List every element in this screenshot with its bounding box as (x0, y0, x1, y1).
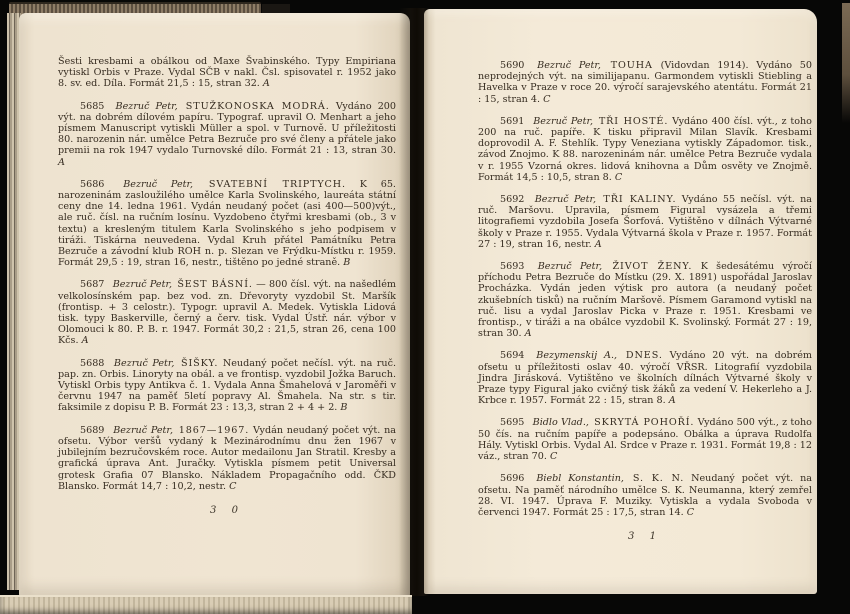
entry-author: Bezruč Petr, (113, 425, 175, 436)
entry-title: ŠIŠKY. (181, 358, 218, 369)
right-page-number: 3 1 (478, 531, 812, 542)
entry-author: Bezruč Petr, (533, 116, 595, 127)
entry-author: Bezruč Petr, (113, 279, 174, 290)
entry-title: TŘI KALINY. (603, 194, 676, 205)
entry-grade: A (595, 239, 602, 250)
entry-title: 1867—1967. (179, 425, 249, 436)
catalog-entry-5694: 5694 Bezymenskij A., DNES. Vydáno 20 výt… (478, 350, 812, 406)
entry-title: ŠEST BÁSNÍ. (177, 279, 253, 290)
entry-num: 5686 (80, 179, 109, 190)
left-page-entries: Šesti kresbami a obálkou od Maxe Švabins… (58, 56, 396, 492)
entry-num: 5691 (500, 116, 529, 127)
entry-num: 5689 (80, 425, 109, 436)
left-page-number: 3 0 (58, 505, 396, 516)
entry-title: DNES. (626, 350, 663, 361)
entry-author: Biebl Konstantin, (536, 473, 626, 484)
entry-author: Bezruč Petr, (114, 358, 177, 369)
left-page-text-column: Šesti kresbami a obálkou od Maxe Švabins… (58, 56, 396, 516)
catalog-entry-5691: 5691 Bezruč Petr, TŘI HOSTÉ. Vydáno 400 … (478, 116, 812, 183)
entry-title: SVATEBNÍ TRIPTYCH. (209, 179, 346, 190)
entry-author: Bezymenskij A., (536, 350, 619, 361)
catalog-entry-5695: 5695 Bidlo Vlad., SKRYTÁ POHOŘÍ. Vydáno … (478, 417, 812, 462)
entry-grade: A (263, 78, 270, 89)
entry-author: Bezruč Petr, (538, 261, 604, 272)
entry-grade: B (343, 257, 350, 268)
book-cover-bottom-cloth-edge (0, 595, 412, 614)
entry-author: Bidlo Vlad., (533, 417, 591, 428)
entry-grade: A (525, 328, 532, 339)
entry-num: 5695 (500, 417, 529, 428)
entry-grade: C (550, 451, 557, 462)
catalog-entry-continuation: Šesti kresbami a obálkou od Maxe Švabins… (58, 56, 396, 90)
catalog-entry-5687: 5687 Bezruč Petr, ŠEST BÁSNÍ. — 800 čísl… (58, 279, 396, 346)
entry-author: Bezruč Petr, (123, 179, 195, 190)
entry-title: ŽIVOT ŽENY. (612, 261, 692, 272)
entry-num: 5694 (500, 350, 529, 361)
left-page: Šesti kresbami a obálkou od Maxe Švabins… (19, 13, 410, 596)
entry-title: TOUHA (611, 60, 653, 71)
catalog-entry-5693: 5693 Bezruč Petr, ŽIVOT ŽENY. K šedesáté… (478, 261, 812, 339)
catalog-entry-5692: 5692 Bezruč Petr, TŘI KALINY. Vydáno 55 … (478, 194, 812, 250)
catalog-entry-5688: 5688 Bezruč Petr, ŠIŠKY. Neudaný počet n… (58, 358, 396, 414)
entry-num: 5692 (500, 194, 529, 205)
entry-grade: A (58, 157, 65, 168)
catalog-entry-5690: 5690 Bezruč Petr, TOUHA (Vidovdan 1914).… (478, 60, 812, 105)
entry-num: 5690 (500, 60, 529, 71)
right-page: 5690 Bezruč Petr, TOUHA (Vidovdan 1914).… (424, 9, 817, 594)
book-cover-right-edge (842, 3, 850, 123)
entry-body: K 65. narozeninám zasloužilého umělce Ka… (58, 179, 396, 268)
entry-grade: C (615, 172, 622, 183)
entry-title: SKRYTÁ POHOŘÍ. (594, 417, 694, 428)
entry-grade: B (340, 402, 347, 413)
entry-grade: A (82, 335, 89, 346)
entry-author: Bezruč Petr, (116, 101, 180, 112)
entry-author: Bezruč Petr, (535, 194, 598, 205)
entry-body: Šesti kresbami a obálkou od Maxe Švabins… (58, 56, 396, 89)
entry-author: Bezruč Petr, (537, 60, 603, 71)
entry-grade: C (543, 94, 550, 105)
entry-title: S. K. N. (633, 473, 684, 484)
entry-num: 5696 (500, 473, 529, 484)
right-page-entries: 5690 Bezruč Petr, TOUHA (Vidovdan 1914).… (478, 60, 812, 518)
entry-num: 5687 (80, 279, 109, 290)
catalog-entry-5696: 5696 Biebl Konstantin, S. K. N. Neudaný … (478, 473, 812, 518)
entry-grade: C (687, 507, 694, 518)
entry-num: 5688 (80, 358, 109, 369)
entry-num: 5685 (80, 101, 109, 112)
entry-grade: A (669, 395, 676, 406)
entry-title: STUŽKONOSKA MODRÁ. (186, 101, 330, 112)
entry-num: 5693 (500, 261, 529, 272)
catalog-entry-5686: 5686 Bezruč Petr, SVATEBNÍ TRIPTYCH. K 6… (58, 179, 396, 269)
right-page-text-column: 5690 Bezruč Petr, TOUHA (Vidovdan 1914).… (478, 60, 812, 542)
entry-grade: C (229, 481, 236, 492)
catalog-entry-5689: 5689 Bezruč Petr, 1867—1967. Vydán neuda… (58, 425, 396, 492)
open-book-photo: Šesti kresbami a obálkou od Maxe Švabins… (0, 0, 850, 614)
entry-title: TŘI HOSTÉ. (599, 116, 668, 127)
catalog-entry-5685: 5685 Bezruč Petr, STUŽKONOSKA MODRÁ. Vyd… (58, 101, 396, 168)
